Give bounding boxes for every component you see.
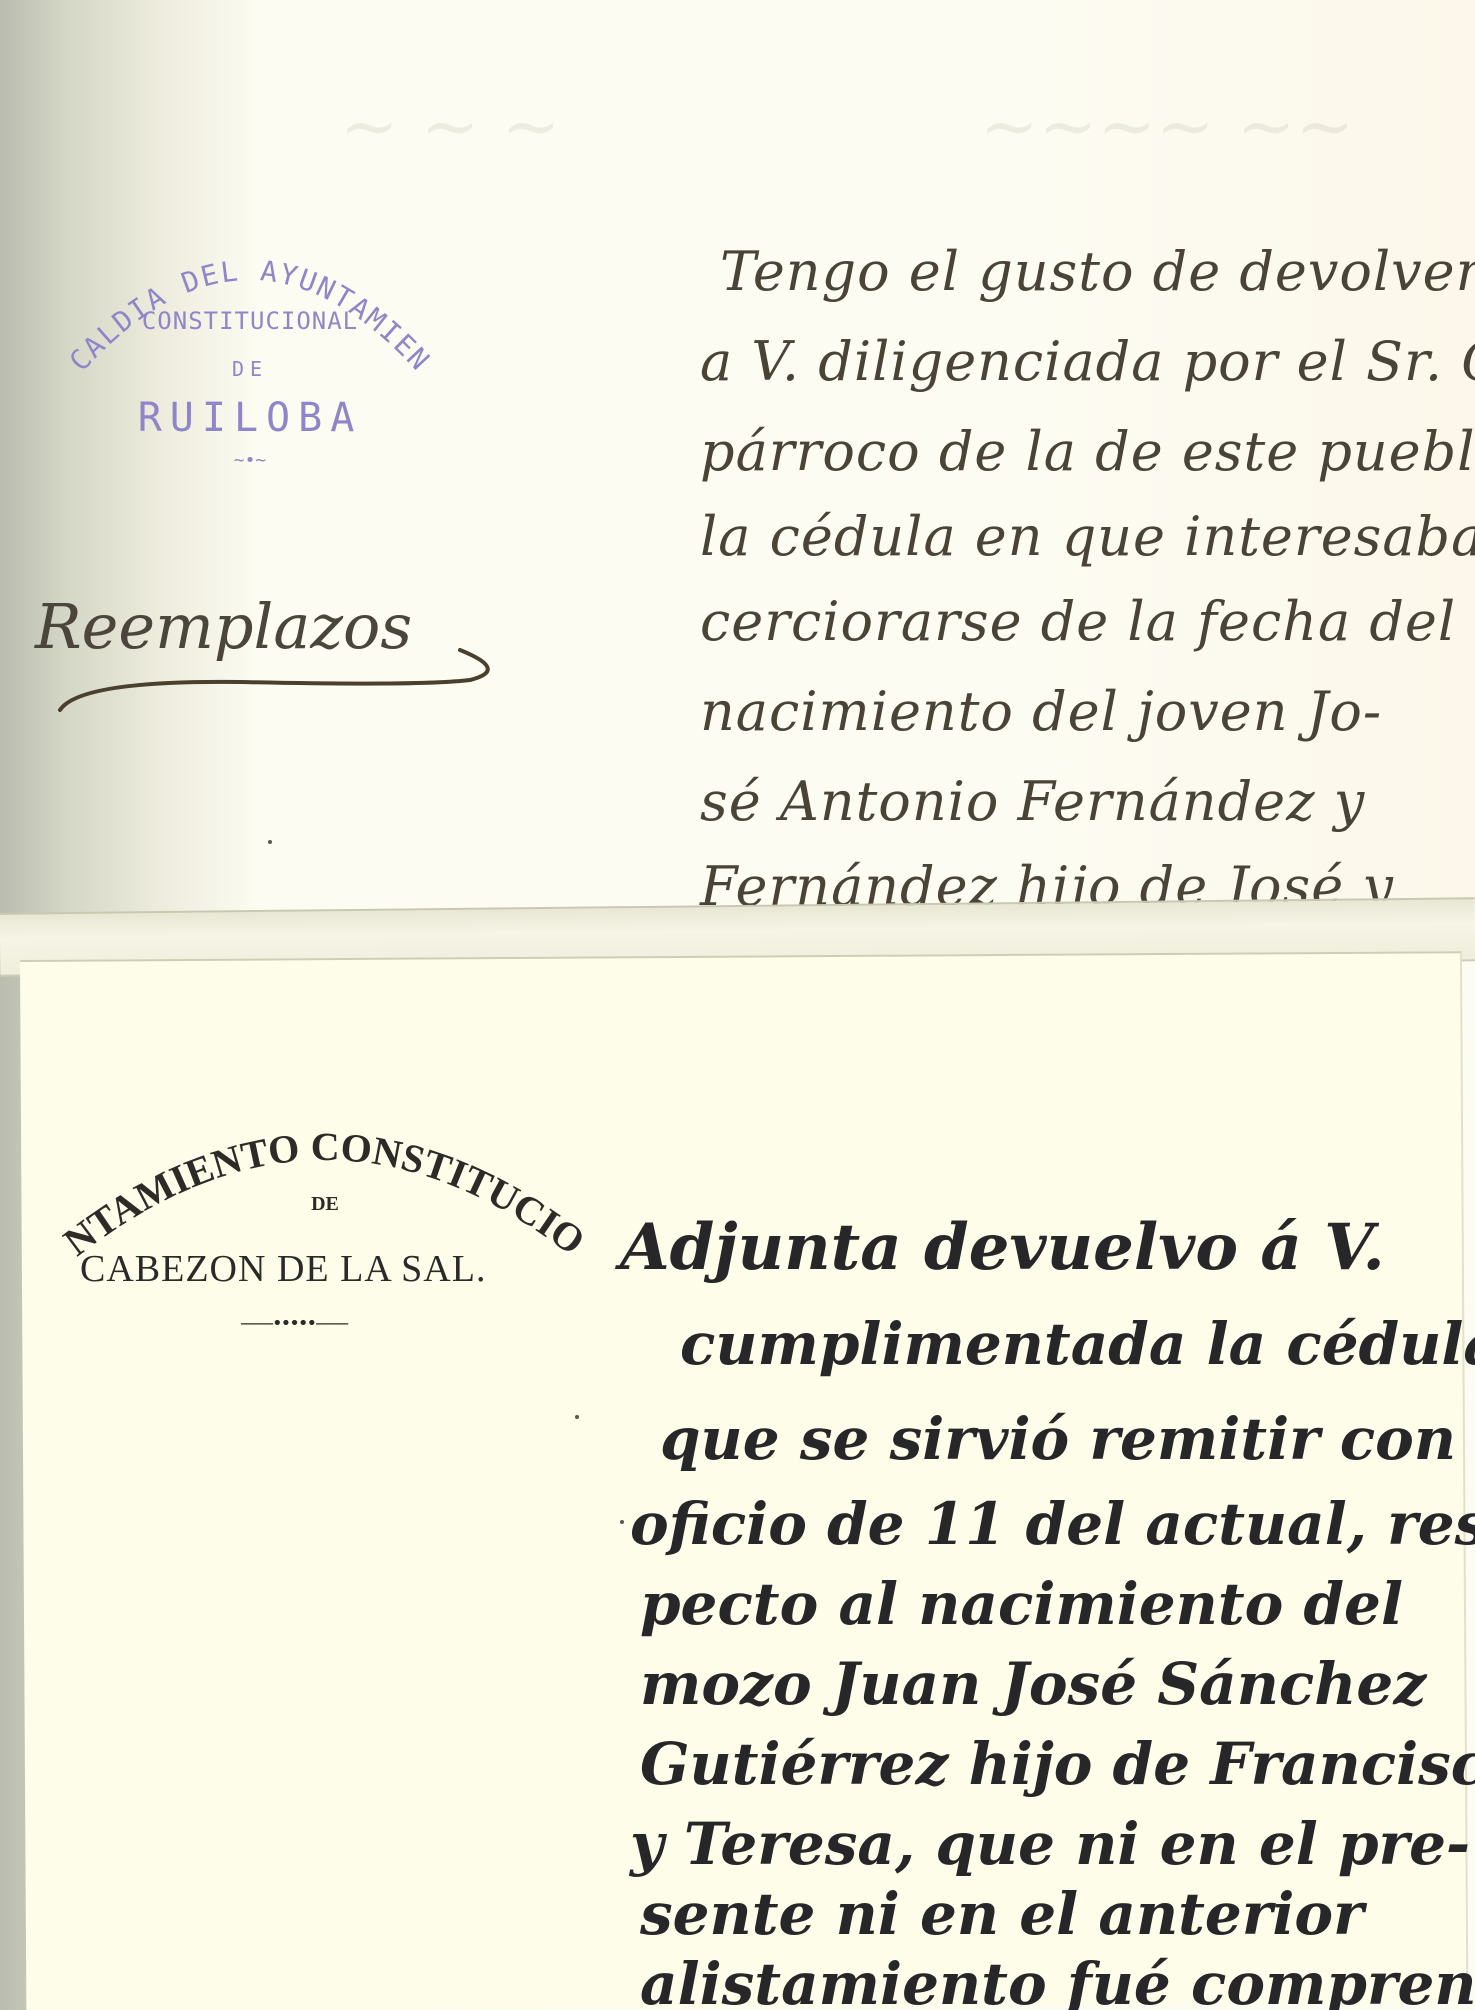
bottom-letter-line-9: sente ni en el anterior xyxy=(640,1880,1364,1948)
bottom-letter-line-6: mozo Juan José Sánchez xyxy=(640,1650,1426,1718)
bottom-letter-line-2: cumplimentada la cédula xyxy=(680,1310,1475,1378)
top-letter-line-1: Tengo el gusto de devolver xyxy=(720,240,1475,303)
top-letter-line-4: la cédula en que interesaba xyxy=(700,505,1475,568)
top-letter-line-2: a V. diligenciada por el Sr. Cura xyxy=(700,330,1475,393)
ink-speck xyxy=(575,1415,579,1419)
ink-speck xyxy=(268,840,272,844)
top-letter-line-5: cerciorarse de la fecha del xyxy=(700,590,1456,653)
top-letter-line-3: párroco de la de este pueblo xyxy=(700,420,1475,483)
signature-flourish-icon xyxy=(40,640,500,720)
letterhead-arc-text: AYUNTAMIENTO CONSTITUCIONAL xyxy=(60,1085,590,1265)
bottom-letter-line-8: y Teresa, que ni en el pre- xyxy=(630,1810,1470,1878)
ink-speck xyxy=(620,1520,624,1524)
letterhead-town-name: CABEZON DE LA SAL. xyxy=(80,1247,486,1291)
svg-text:AYUNTAMIENTO CONSTITUCIONAL: AYUNTAMIENTO CONSTITUCIONAL xyxy=(60,1085,590,1265)
top-letter-line-6: nacimiento del joven Jo- xyxy=(700,680,1382,743)
stamp-arc-text: ALCALDIA DEL AYUNTAMIENTO xyxy=(60,225,437,378)
bottom-letter-line-4: oficio de 11 del actual, res- xyxy=(630,1490,1475,1558)
letterhead-de: DE xyxy=(60,1193,590,1216)
stamp-line-de: DE xyxy=(60,357,440,381)
letterhead-ornament: ——•••••—— xyxy=(240,1313,347,1334)
bottom-letter-line-7: Gutiérrez hijo de Francisco xyxy=(640,1730,1475,1798)
bottom-letter-line-10: alistamiento fué compren- xyxy=(640,1950,1475,2010)
ruiloba-stamp: ALCALDIA DEL AYUNTAMIENTO CONSTITUCIONAL… xyxy=(60,225,440,485)
bottom-letter-line-3: que se sirvió remitir con xyxy=(660,1405,1456,1473)
bottom-letter-line-5: pecto al nacimiento del xyxy=(640,1570,1403,1638)
bottom-letter-line-1: Adjunta devuelvo á V. xyxy=(620,1210,1385,1285)
stamp-town-name: RUILOBA xyxy=(60,395,440,441)
bleed-through-text: ~ ~ ~ xyxy=(340,85,560,167)
stamp-ornament: ~•~ xyxy=(60,450,440,471)
cabezon-letterhead: AYUNTAMIENTO CONSTITUCIONAL DE CABEZON D… xyxy=(60,1085,590,1345)
svg-text:ALCALDIA DEL AYUNTAMIENTO: ALCALDIA DEL AYUNTAMIENTO xyxy=(60,225,437,378)
top-letter-line-7: sé Antonio Fernández y xyxy=(700,770,1365,833)
stamp-line-constitucional: CONSTITUCIONAL xyxy=(60,307,440,335)
bleed-through-text: ~~~~ ~~ xyxy=(980,85,1354,167)
